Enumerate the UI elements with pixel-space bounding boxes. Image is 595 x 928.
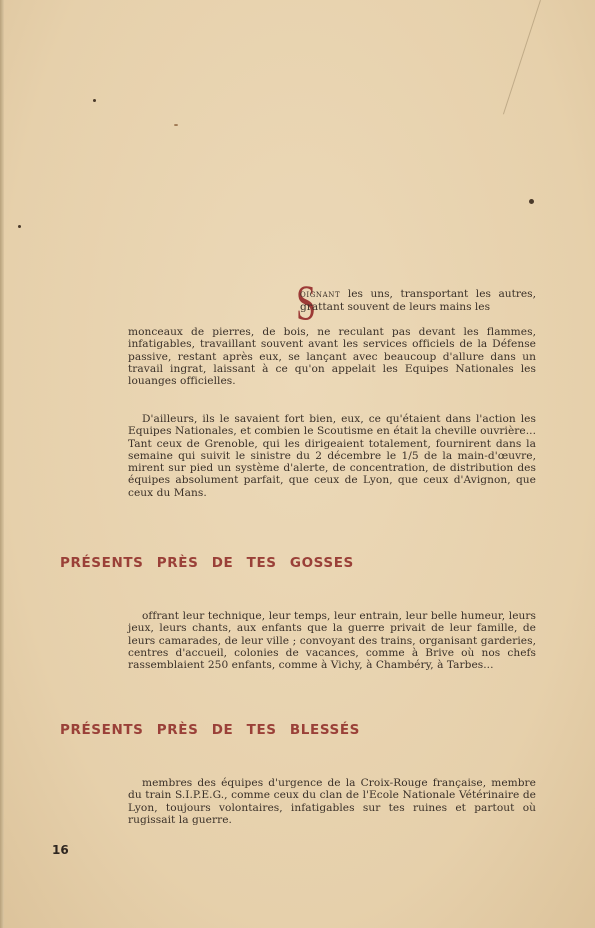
paragraph-equipes: D'ailleurs, ils le savaient fort bien, e… bbox=[128, 413, 536, 499]
intro-paragraph: monceaux de pierres, de bois, ne reculan… bbox=[128, 326, 536, 387]
scanned-page: S oignant les uns, transportant les autr… bbox=[0, 0, 595, 928]
page-binding-edge bbox=[0, 0, 4, 928]
paper-speck bbox=[174, 124, 178, 126]
paper-speck bbox=[529, 199, 534, 204]
paper-speck bbox=[18, 225, 21, 228]
lead-smallcaps: oignant bbox=[300, 289, 340, 300]
paper-crease bbox=[503, 0, 541, 114]
intro-first-lines: oignant les uns, transportant les autres… bbox=[300, 288, 536, 314]
section-heading-gosses: PRÉSENTS PRÈS DE TES GOSSES bbox=[60, 555, 354, 571]
section-body-blesses: membres des équipes d'urgence de la Croi… bbox=[128, 777, 536, 826]
paper-speck bbox=[93, 99, 96, 102]
section-heading-blesses: PRÉSENTS PRÈS DE TES BLESSÉS bbox=[60, 722, 360, 738]
page-number: 16 bbox=[52, 843, 69, 857]
section-body-gosses: offrant leur technique, leur temps, leur… bbox=[128, 610, 536, 671]
